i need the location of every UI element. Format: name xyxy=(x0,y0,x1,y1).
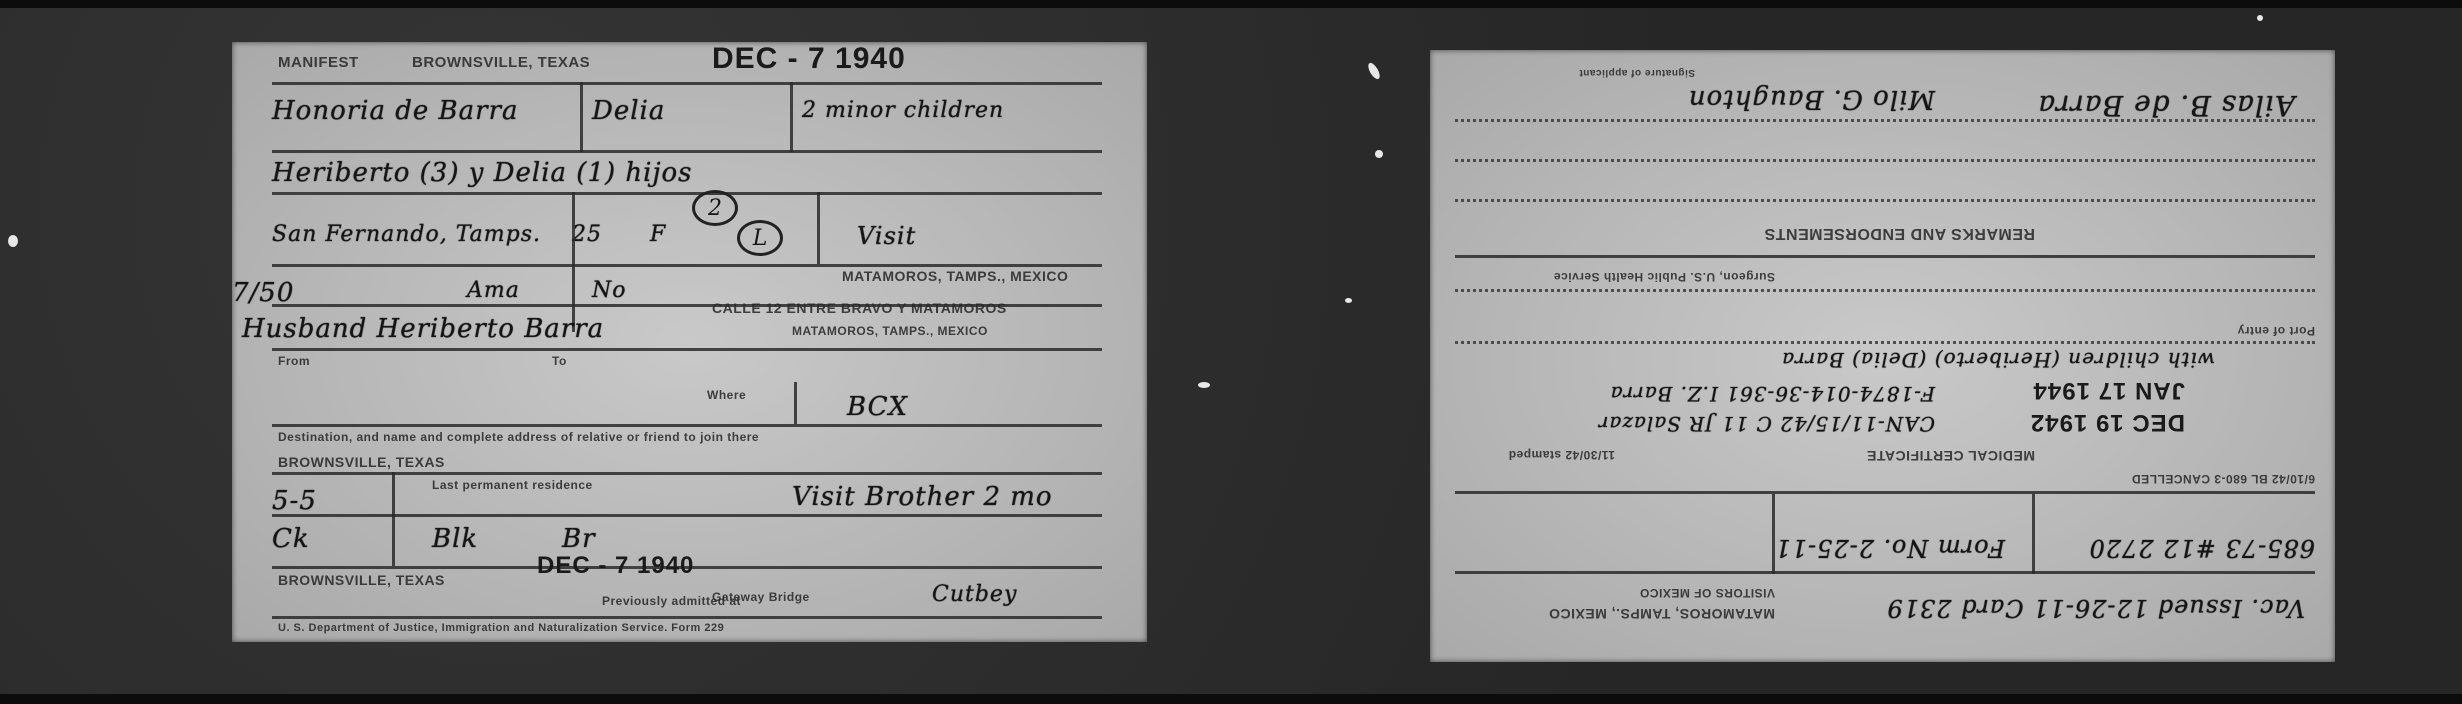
relative-name: Husband Heriberto Barra xyxy=(242,314,604,344)
film-edge-bottom xyxy=(0,694,2462,704)
back-card-rotated-content: Vac. Issued 12-26-11 Card 2319 MATAMOROS… xyxy=(1430,50,2335,662)
hair: Blk xyxy=(432,524,478,554)
dust-speck xyxy=(8,235,18,247)
family-name: Honoria de Barra xyxy=(272,96,519,126)
manifest-card-front: MANIFEST BROWNSVILLE, TEXAS DEC - 7 1940… xyxy=(232,42,1147,642)
form-number-1: 685-73 #12 2720 xyxy=(2089,534,2315,562)
inspector-signature: Cutbey xyxy=(932,582,1017,607)
form-number-0: Form No. 2-25-11 xyxy=(1775,534,2006,562)
dust-speck xyxy=(1198,382,1210,388)
children-note: 2 minor children xyxy=(802,98,1004,123)
relative-label: Destination, and name and complete addre… xyxy=(278,430,759,444)
residence-stamp: MATAMOROS, TAMPS., MEXICO xyxy=(842,268,1068,284)
crossing-card-line: 6/10/42 BL 680-3 CANCELLED xyxy=(2131,472,2315,486)
signed-by: Visit Brother 2 mo xyxy=(792,482,1053,512)
dust-speck xyxy=(1345,298,1352,303)
circled-letter: L xyxy=(737,220,783,256)
eyes: Br xyxy=(562,524,596,554)
surgeon-label: Surgeon, U.S. Public Health Service xyxy=(1553,270,1775,284)
remarks-line-1: with children (Heriberto) (Delia) Barra xyxy=(1781,348,2215,372)
form-footer: U. S. Department of Justice, Immigration… xyxy=(278,622,724,634)
second-port: BROWNSVILLE, TEXAS xyxy=(278,572,445,588)
from-label: From xyxy=(278,354,310,368)
port-label: Port of entry xyxy=(2237,324,2315,338)
remarks-heading: REMARKS AND ENDORSEMENTS xyxy=(1764,224,2035,242)
permanent-destination: BROWNSVILLE, TEXAS xyxy=(278,454,445,470)
port-name: BROWNSVILLE, TEXAS xyxy=(412,54,590,71)
visit-reason: Visit xyxy=(857,222,916,250)
date-stamp-1: DEC 19 1942 xyxy=(2030,408,2185,436)
signature-label: Signature of applicant xyxy=(1579,67,1695,78)
bottom-handwriting: Vac. Issued 12-26-11 Card 2319 xyxy=(1886,594,2305,622)
age: 25 xyxy=(572,222,602,247)
where-label: Where xyxy=(707,388,746,402)
address-city-stamp: MATAMOROS, TAMPS., MEXICO xyxy=(792,324,988,338)
no-entry: No xyxy=(592,278,627,303)
date-stamp-2: JAN 17 1944 xyxy=(2033,376,2185,404)
date-stamp: DEC - 7 1940 xyxy=(712,42,906,76)
height-entry: 5-5 xyxy=(272,486,317,516)
occupation: Ama xyxy=(467,278,520,303)
address-stamp: Calle 12 entre Bravo y Matamoros xyxy=(712,300,1007,316)
film-edge-top xyxy=(0,0,2462,8)
bridge: Gateway Bridge xyxy=(712,590,810,604)
to-label: To xyxy=(552,354,567,368)
circled-number-2: 2 xyxy=(692,190,738,226)
visitor-stamp: VISITORS OF MEXICO xyxy=(1640,586,1775,600)
passport: BCX xyxy=(847,392,908,422)
children-line: Heriberto (3) y Delia (1) hijos xyxy=(272,158,693,188)
manifest-card-back: Vac. Issued 12-26-11 Card 2319 MATAMOROS… xyxy=(1430,50,2335,662)
signature-applicant: Ailas B. de Barra xyxy=(2037,89,2295,122)
medical-certificate: MEDICAL CERTIFICATE xyxy=(1867,448,2035,464)
admitted-label: Last permanent residence xyxy=(432,478,593,492)
given-name: Delia xyxy=(592,96,665,126)
city-stamp: MATAMOROS, TAMPS., MEXICO xyxy=(1549,606,1775,622)
remarks-line-3: CAN-11/15/42 C 11 JR Salazar xyxy=(1598,412,1935,436)
complexion: Ck xyxy=(272,524,310,554)
manifest-label: MANIFEST xyxy=(278,54,359,71)
dust-speck xyxy=(1375,150,1383,158)
reentry-permit: 11/30/42 stamped xyxy=(1508,448,1615,462)
second-date-stamp: DEC - 7 1940 xyxy=(537,552,694,580)
remarks-line-2: F-1874-014-36-361 I.Z. Barra xyxy=(1610,382,1935,406)
dust-speck xyxy=(1366,61,1382,81)
signature-officer: Milo G. Baughton xyxy=(1688,84,1935,114)
birthplace: San Fernando, Tamps. xyxy=(272,222,541,247)
dust-speck xyxy=(2257,15,2263,21)
sex: F xyxy=(650,222,666,247)
